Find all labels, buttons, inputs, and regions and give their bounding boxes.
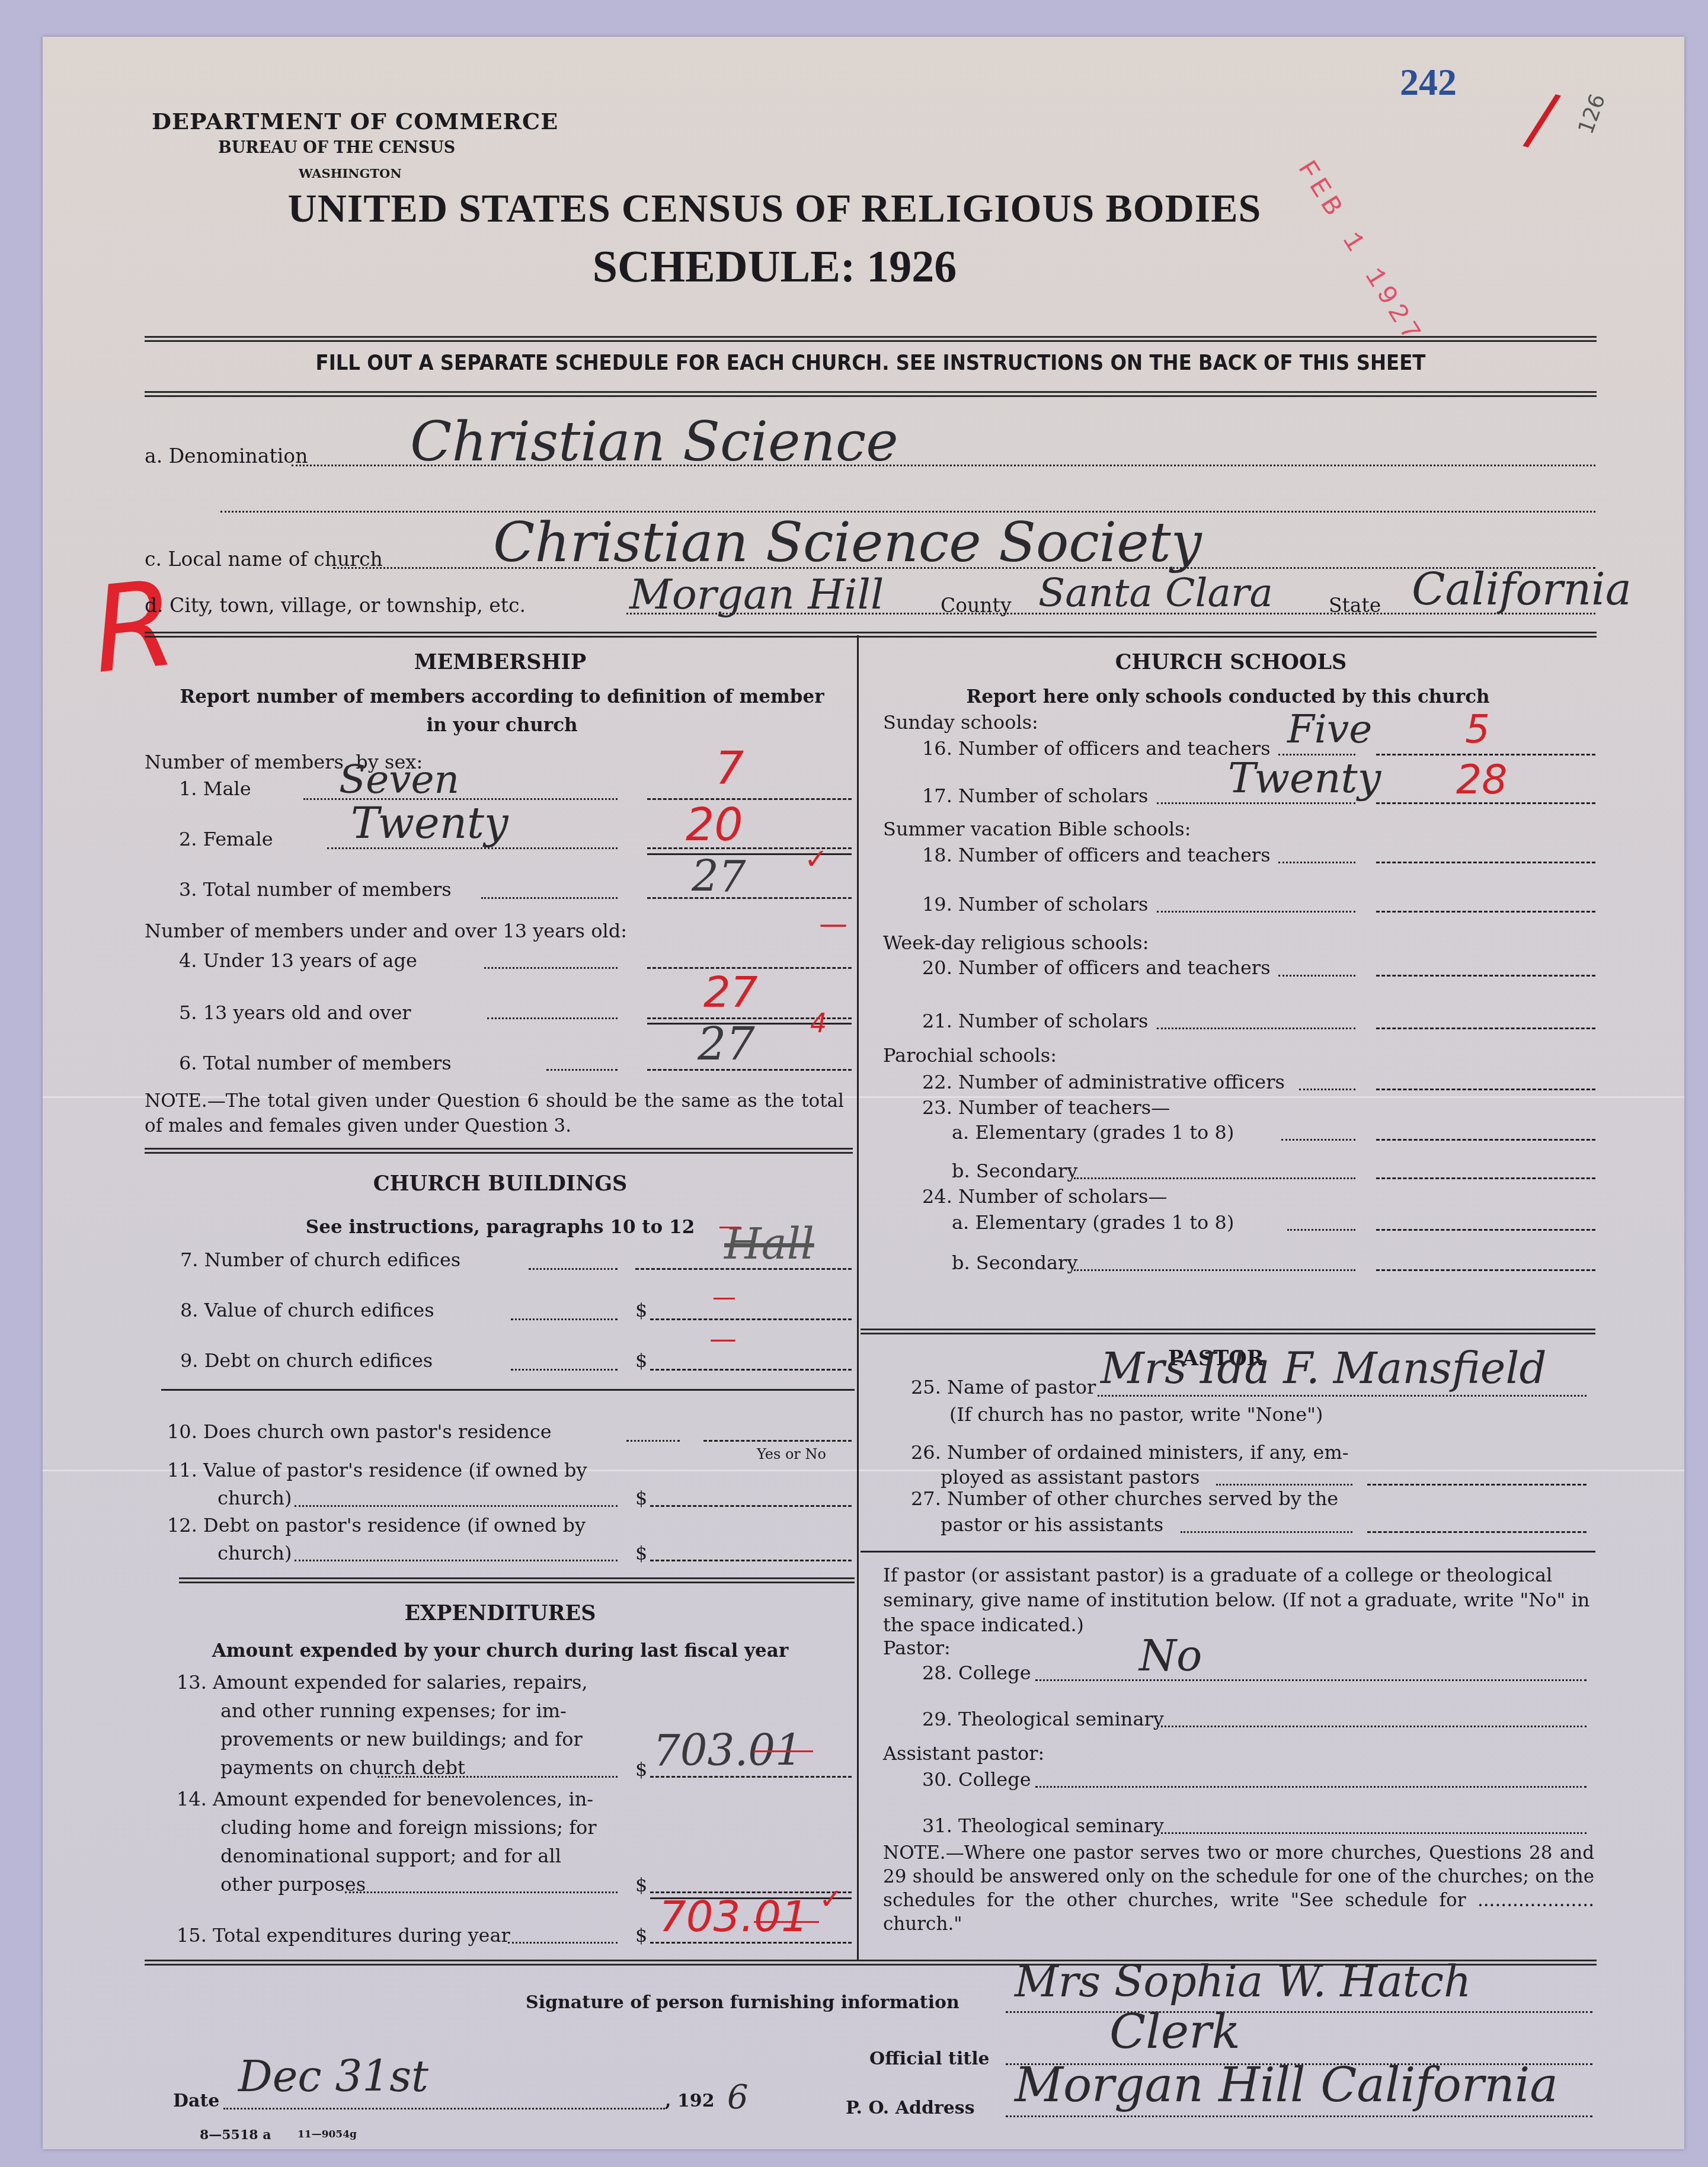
q28-college-value[interactable]: No bbox=[1139, 1631, 1202, 1681]
q31-field[interactable] bbox=[1157, 1832, 1587, 1834]
divider bbox=[861, 1551, 1595, 1553]
q5-dots bbox=[487, 1017, 618, 1019]
red-r-mark: R bbox=[86, 554, 183, 700]
parochial-schools-label: Parochial schools: bbox=[883, 1044, 1057, 1067]
church-schools-title: CHURCH SCHOOLS bbox=[861, 650, 1601, 674]
q27-answer-field[interactable] bbox=[1367, 1531, 1587, 1533]
q7-edifices-label: 7. Number of church edifices bbox=[180, 1249, 460, 1271]
q20-dots bbox=[1278, 975, 1355, 977]
q9-dollar-sign: $ bbox=[635, 1349, 647, 1372]
q13-line-3: provements or new buildings; and for bbox=[220, 1728, 583, 1750]
q14-line-4: other purposes bbox=[220, 1873, 366, 1896]
q24a-label: a. Elementary (grades 1 to 8) bbox=[952, 1211, 1234, 1234]
q18-answer-field[interactable] bbox=[1376, 862, 1595, 863]
bureau-city: WASHINGTON bbox=[299, 166, 402, 181]
pastor-note: NOTE.—Where one pastor serves two or mor… bbox=[883, 1841, 1594, 1936]
expenditures-title: EXPENDITURES bbox=[145, 1601, 856, 1625]
q23-label: 23. Number of teachers— bbox=[922, 1096, 1170, 1119]
q2-female-written[interactable]: Twenty bbox=[351, 798, 508, 848]
q8-value-label: 8. Value of church edifices bbox=[180, 1299, 434, 1321]
q24a-answer-field[interactable] bbox=[1376, 1229, 1595, 1231]
q23a-dots bbox=[1281, 1139, 1355, 1141]
q25-label: 25. Name of pastor bbox=[911, 1376, 1096, 1398]
church-buildings-title: CHURCH BUILDINGS bbox=[145, 1171, 856, 1196]
q12-answer-field[interactable] bbox=[650, 1560, 852, 1561]
q11-label-cont: church) bbox=[218, 1487, 292, 1509]
q13-line-2: and other running expenses; for im- bbox=[220, 1699, 567, 1722]
divider bbox=[861, 1329, 1595, 1334]
q15-answer-line bbox=[650, 1942, 852, 1944]
q24b-answer-field[interactable] bbox=[1376, 1269, 1595, 1271]
q16-answer-line bbox=[1376, 754, 1595, 756]
q22-label: 22. Number of administrative officers bbox=[922, 1071, 1285, 1093]
state-field[interactable]: California bbox=[1412, 564, 1632, 615]
expenditures-subtitle: Amount expended by your church during la… bbox=[145, 1637, 856, 1665]
q27-label: 27. Number of other churches served by t… bbox=[911, 1487, 1338, 1510]
q25-hint: (If church has no pastor, write "None") bbox=[949, 1403, 1323, 1426]
q28-line bbox=[1035, 1679, 1587, 1681]
q10-answer-field[interactable] bbox=[703, 1440, 852, 1442]
city-label: d. City, town, village, or township, etc… bbox=[145, 594, 526, 617]
q2-female-label: 2. Female bbox=[179, 828, 273, 850]
q10-hint: Yes or No bbox=[757, 1446, 826, 1462]
q23b-dots bbox=[1074, 1177, 1355, 1179]
column-divider bbox=[857, 635, 859, 1960]
q11-answer-field[interactable] bbox=[650, 1505, 852, 1507]
q1-male-written[interactable]: Seven bbox=[339, 757, 459, 802]
q6-total-label: 6. Total number of members bbox=[179, 1052, 452, 1074]
q9-debt-label: 9. Debt on church edifices bbox=[180, 1349, 433, 1372]
official-title-label: Official title bbox=[869, 2048, 990, 2069]
q3-total-value[interactable]: 27 bbox=[692, 852, 746, 901]
date-line bbox=[223, 2108, 665, 2110]
q16-written[interactable]: Five bbox=[1287, 706, 1372, 752]
summer-schools-label: Summer vacation Bible schools: bbox=[883, 818, 1191, 840]
cents-strikethrough bbox=[754, 1750, 813, 1752]
q25-line bbox=[1098, 1395, 1587, 1397]
date-field[interactable]: Dec 31st bbox=[238, 2051, 428, 2101]
age-group-label: Number of members under and over 13 year… bbox=[145, 920, 627, 942]
q31-label: 31. Theological seminary bbox=[922, 1814, 1164, 1837]
q23a-answer-field[interactable] bbox=[1376, 1139, 1595, 1141]
weekday-schools-label: Week-day religious schools: bbox=[883, 932, 1149, 954]
po-address-line bbox=[1006, 2115, 1592, 2117]
city-field[interactable]: Morgan Hill bbox=[629, 570, 884, 619]
divider bbox=[145, 632, 1597, 638]
q13-dots bbox=[378, 1776, 618, 1778]
date-label: Date bbox=[173, 2091, 219, 2111]
q17-label: 17. Number of scholars bbox=[922, 785, 1148, 807]
q15-dollar-sign: $ bbox=[635, 1924, 647, 1947]
q7-red-dash: — bbox=[718, 1213, 742, 1240]
q27-label-cont: pastor or his assistants bbox=[941, 1513, 1163, 1536]
divider bbox=[161, 1389, 855, 1391]
q22-answer-field[interactable] bbox=[1376, 1089, 1595, 1090]
q9-answer-field[interactable] bbox=[650, 1369, 852, 1371]
q11-dots bbox=[295, 1505, 618, 1507]
q16-label: 16. Number of officers and teachers bbox=[922, 737, 1271, 760]
official-title-field[interactable]: Clerk bbox=[1109, 2004, 1240, 2059]
q15-dots bbox=[508, 1942, 618, 1944]
county-field[interactable]: Santa Clara bbox=[1038, 570, 1273, 616]
denomination-label: a. Denomination bbox=[145, 444, 308, 468]
divider bbox=[145, 336, 1597, 342]
q12-label-cont: church) bbox=[218, 1542, 292, 1564]
q17-value[interactable]: 28 bbox=[1456, 757, 1508, 804]
q19-answer-field[interactable] bbox=[1376, 911, 1595, 913]
signature-label: Signature of person furnishing informati… bbox=[526, 1992, 959, 2013]
department-name: DEPARTMENT OF COMMERCE bbox=[152, 108, 558, 135]
q13-dollar-sign: $ bbox=[635, 1758, 647, 1781]
q5-over13-label: 5. 13 years old and over bbox=[179, 1001, 411, 1024]
q20-answer-field[interactable] bbox=[1376, 975, 1595, 977]
q19-dots bbox=[1157, 911, 1355, 913]
q30-field[interactable] bbox=[1035, 1786, 1587, 1788]
q26-dots bbox=[1216, 1484, 1352, 1486]
q15-total-value[interactable]: 703.01 bbox=[659, 1891, 808, 1941]
q19-label: 19. Number of scholars bbox=[922, 893, 1148, 916]
file-number-stamp: 242 bbox=[1400, 60, 1457, 104]
q14-line-2: cluding home and foreign missions; for bbox=[220, 1816, 597, 1839]
q14-line-3: denominational support; and for all bbox=[220, 1845, 561, 1867]
q24a-dots bbox=[1287, 1229, 1355, 1231]
q1-answer-line bbox=[647, 798, 852, 800]
q25-pastor-name[interactable]: Mrs Ida F. Mansfield bbox=[1101, 1343, 1547, 1393]
q10-residence-label: 10. Does church own pastor's residence bbox=[167, 1420, 552, 1443]
q7-dots bbox=[529, 1268, 618, 1270]
graduate-instructions: If pastor (or assistant pastor) is a gra… bbox=[883, 1563, 1594, 1637]
form-number: 8—5518 a bbox=[200, 2127, 271, 2143]
q12-label: 12. Debt on pastor's residence (if owned… bbox=[167, 1514, 586, 1537]
q14-line-1: 14. Amount expended for benevolences, in… bbox=[177, 1788, 593, 1810]
divider bbox=[145, 391, 1597, 397]
membership-subtitle: Report number of members according to de… bbox=[173, 683, 831, 740]
county-label: County bbox=[941, 594, 1012, 617]
q23a-label: a. Elementary (grades 1 to 8) bbox=[952, 1121, 1234, 1144]
q14-dollar-sign: $ bbox=[635, 1874, 647, 1896]
q3-answer-line bbox=[647, 897, 852, 899]
assistant-pastor-subheading: Assistant pastor: bbox=[883, 1742, 1044, 1765]
q17-written[interactable]: Twenty bbox=[1228, 754, 1381, 802]
q18-label: 18. Number of officers and teachers bbox=[922, 844, 1271, 866]
q12-dollar-sign: $ bbox=[635, 1542, 647, 1564]
q2-female-value[interactable]: 20 bbox=[686, 798, 743, 851]
q1-male-value[interactable]: 7 bbox=[715, 742, 744, 795]
q21-dots bbox=[1157, 1028, 1355, 1029]
q24b-label: b. Secondary bbox=[952, 1251, 1077, 1274]
instructions-banner: FILL OUT A SEPARATE SCHEDULE FOR EACH CH… bbox=[145, 351, 1597, 375]
q1-male-label: 1. Male bbox=[179, 777, 251, 800]
q17-written-line bbox=[1157, 802, 1355, 804]
q26-label-cont: ployed as assistant pastors bbox=[941, 1466, 1200, 1489]
form-subtitle: SCHEDULE: 1926 bbox=[43, 241, 1684, 293]
q21-answer-field[interactable] bbox=[1376, 1028, 1595, 1029]
po-address-field[interactable]: Morgan Hill California bbox=[1015, 2057, 1558, 2112]
signature-field[interactable]: Mrs Sophia W. Hatch bbox=[1015, 1957, 1471, 2006]
denomination-field[interactable]: Christian Science bbox=[410, 410, 898, 473]
print-code: 11—9054g bbox=[298, 2128, 357, 2140]
q8-red-dash: — bbox=[712, 1284, 736, 1311]
q23b-label: b. Secondary bbox=[952, 1160, 1077, 1182]
q20-label: 20. Number of officers and teachers bbox=[922, 956, 1271, 979]
q3-check-icon: ✓ bbox=[804, 843, 828, 876]
census-schedule-sheet: DEPARTMENT OF COMMERCE BUREAU OF THE CEN… bbox=[43, 37, 1684, 2149]
q4-dots bbox=[484, 967, 618, 969]
pastor-subheading: Pastor: bbox=[883, 1637, 951, 1659]
q9-red-dash: — bbox=[709, 1323, 737, 1355]
q13-line-1: 13. Amount expended for salaries, repair… bbox=[177, 1671, 588, 1694]
q21-label: 21. Number of scholars bbox=[922, 1010, 1148, 1032]
q8-answer-field[interactable] bbox=[650, 1318, 852, 1320]
q5-over13-value[interactable]: 27 bbox=[703, 967, 758, 1017]
year-prefix: , 192 bbox=[665, 2091, 715, 2111]
q27-dots bbox=[1181, 1531, 1352, 1533]
red-check-mark-icon: / bbox=[1520, 76, 1565, 162]
q6-dots bbox=[546, 1069, 618, 1071]
membership-title: MEMBERSHIP bbox=[145, 650, 856, 674]
q8-dollar-sign: $ bbox=[635, 1299, 647, 1321]
q28-label: 28. College bbox=[922, 1662, 1031, 1684]
signature-line bbox=[1006, 2011, 1592, 2013]
state-label: State bbox=[1329, 594, 1381, 617]
q24-label: 24. Number of scholars— bbox=[922, 1185, 1167, 1208]
q6-check-mark: 4 bbox=[810, 1009, 827, 1039]
divider bbox=[179, 1577, 855, 1583]
bureau-name: BUREAU OF THE CENSUS bbox=[218, 139, 455, 157]
q18-dots bbox=[1278, 862, 1355, 863]
q10-dots bbox=[626, 1440, 680, 1442]
q29-field[interactable] bbox=[1157, 1726, 1587, 1727]
q9-dots bbox=[511, 1369, 618, 1371]
q13-answer-line bbox=[650, 1776, 852, 1778]
membership-note: NOTE.—The total given under Question 6 s… bbox=[145, 1089, 844, 1138]
q6-total-value[interactable]: 27 bbox=[698, 1017, 755, 1070]
year-digit-field[interactable]: 6 bbox=[727, 2078, 749, 2117]
sunday-schools-label: Sunday schools: bbox=[883, 711, 1038, 734]
pencil-annotation: 126 bbox=[1573, 91, 1610, 137]
q30-label: 30. College bbox=[922, 1768, 1031, 1791]
cents-strikethrough bbox=[754, 1921, 819, 1923]
q24b-dots bbox=[1074, 1269, 1355, 1271]
q15-total-label: 15. Total expenditures during year bbox=[177, 1924, 510, 1947]
q23b-answer-field[interactable] bbox=[1376, 1177, 1595, 1179]
q11-dollar-sign: $ bbox=[635, 1487, 647, 1509]
divider bbox=[145, 1148, 853, 1154]
q22-dots bbox=[1299, 1089, 1355, 1090]
local-name-field[interactable]: Christian Science Society bbox=[493, 511, 1202, 574]
q3-dots bbox=[481, 897, 618, 899]
q8-dots bbox=[511, 1318, 618, 1320]
q11-label: 11. Value of pastor's residence (if owne… bbox=[167, 1459, 587, 1481]
form-title: UNITED STATES CENSUS OF RELIGIOUS BODIES bbox=[43, 185, 1684, 232]
q16-value[interactable]: 5 bbox=[1465, 706, 1490, 752]
q14-dots bbox=[345, 1891, 618, 1893]
q26-label: 26. Number of ordained ministers, if any… bbox=[911, 1441, 1349, 1464]
q15-check-icon: ✓ bbox=[819, 1883, 843, 1916]
q4-under13-label: 4. Under 13 years of age bbox=[179, 949, 417, 972]
q29-label: 29. Theological seminary bbox=[922, 1708, 1164, 1730]
age-group-dash: — bbox=[819, 908, 847, 941]
q12-dots bbox=[295, 1560, 618, 1561]
po-address-label: P. O. Address bbox=[846, 2098, 975, 2118]
q26-answer-field[interactable] bbox=[1367, 1484, 1587, 1486]
q3-total-label: 3. Total number of members bbox=[179, 878, 452, 901]
